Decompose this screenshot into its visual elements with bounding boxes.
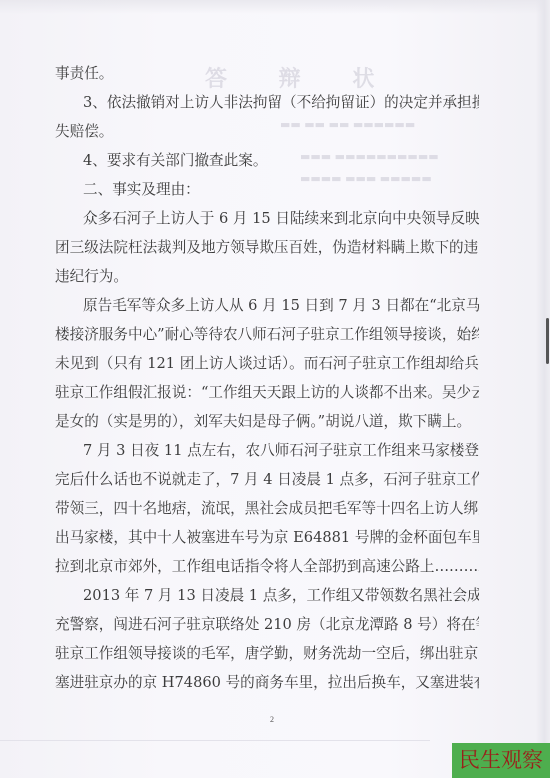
document-line: 塞进驻京办的京 H74860 号的商务车里，拉出后换车，又塞进装有庇 xyxy=(55,668,479,697)
document-line: 事责任。 xyxy=(55,59,479,88)
document-line: 众多石河子上访人于 6 月 15 日陆续来到北京向中央领导反映兵 xyxy=(55,204,479,233)
scan-edge-mark xyxy=(546,318,549,364)
page-number: 2 xyxy=(270,715,274,724)
document-line: 完后什么话也不说就走了，7 月 4 日凌晨 1 点多，石河子驻京工作组 xyxy=(55,465,479,494)
document-line: 驻京工作组假汇报说：“工作组天天跟上访的人谈都不出来。吴少云 xyxy=(55,378,479,407)
document-line: 拉到北京市郊外，工作组电话指令将人全部扔到高速公路上………。 xyxy=(55,552,479,581)
document-line: 违纪行为。 xyxy=(55,262,479,291)
document-line: 二、事实及理由： xyxy=(55,175,479,204)
scan-right-edge xyxy=(536,0,550,778)
document-line: 是女的（实是男的），刘军夫妇是母子俩。”胡说八道，欺下瞒上。 xyxy=(55,407,479,436)
scan-bottom-line xyxy=(0,740,430,741)
document-line: 楼接济服务中心”耐心等待农八师石河子驻京工作组领导接谈，始终 xyxy=(55,320,479,349)
document-line: 3、依法撤销对上访人非法拘留（不给拘留证）的决定并承担损 xyxy=(55,88,479,117)
document-line: 7 月 3 日夜 11 点左右，农八师石河子驻京工作组来马家楼登记 xyxy=(55,436,479,465)
document-line: 充警察，闯进石河子驻京联络处 210 房（北京龙潭路 8 号）将在等待 xyxy=(55,610,479,639)
document-line: 带领三，四十名地痞，流氓，黑社会成员把毛军等十四名上访人绑架 xyxy=(55,494,479,523)
document-line: 原告毛军等众多上访人从 6 月 15 日到 7 月 3 日都在“北京马家 xyxy=(55,291,479,320)
document-line: 出马家楼，其中十人被塞进车号为京 E64881 号牌的金杯面包车里， xyxy=(55,523,479,552)
document-line: 未见到（只有 121 团上访人谈过话）。而石河子驻京工作组却给兵团 xyxy=(55,349,479,378)
document-line: 失赔偿。 xyxy=(55,117,479,146)
document-line: 团三级法院枉法裁判及地方领导欺压百姓，伪造材料瞒上欺下的违法 xyxy=(55,233,479,262)
document-line: 2013 年 7 月 13 日凌晨 1 点多，工作组又带领数名黑社会成员冒 xyxy=(55,581,479,610)
watermark-logo: 民生观察 xyxy=(452,743,550,778)
scanned-page: 答 辩 状 ▬▬ ▬▬ ▬▬ ▬▬▬▬▬▬ ▬▬▬ ▬▬▬▬▬▬▬▬▬▬ ▬▬▬… xyxy=(0,0,550,778)
document-line: 4、要求有关部门撤查此案。 xyxy=(55,146,479,175)
document-line: 驻京工作组领导接谈的毛军，唐学勤，财务洗劫一空后，绑出驻京办 xyxy=(55,639,479,668)
scan-top-shadow xyxy=(0,0,550,14)
document-body: 事责任。3、依法撤销对上访人非法拘留（不给拘留证）的决定并承担损失赔偿。4、要求… xyxy=(55,59,479,697)
